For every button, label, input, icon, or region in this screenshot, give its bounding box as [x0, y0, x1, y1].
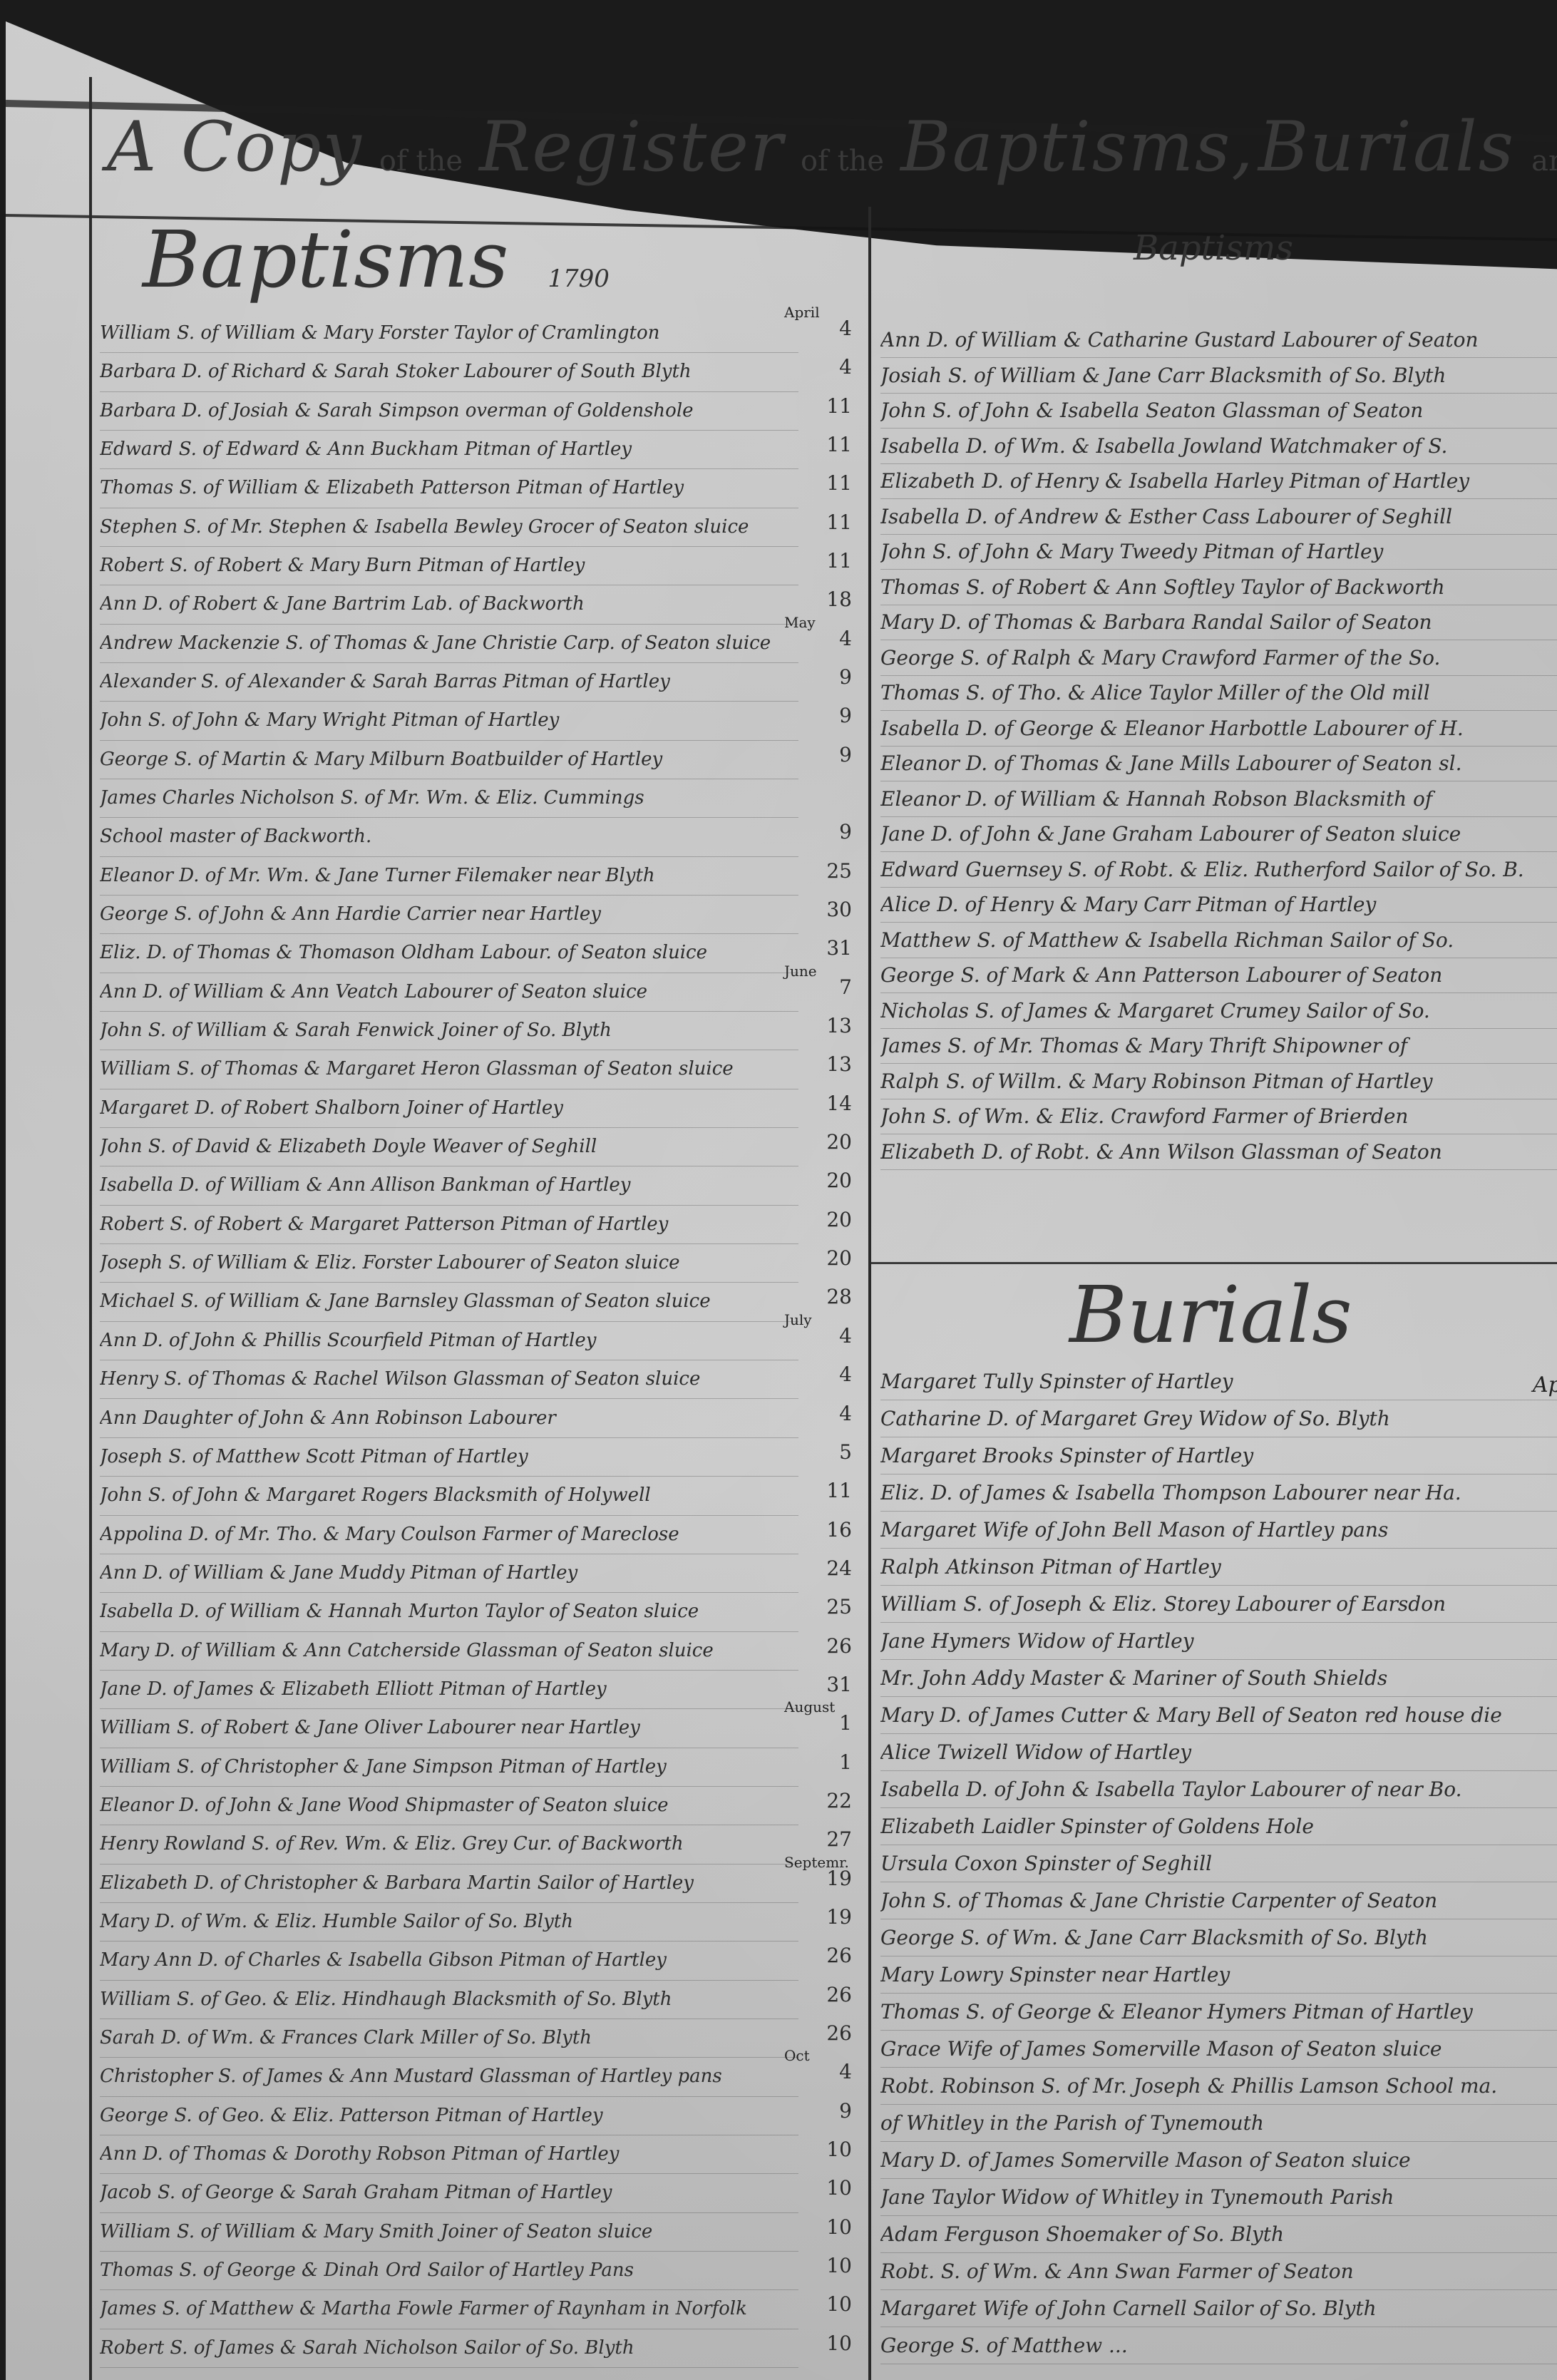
baptism-date: 11 — [802, 1479, 852, 1502]
baptism-entry: Ann D. of William & Catharine Gustard La… — [880, 322, 1557, 358]
baptism-entry: Nicholas S. of James & Margaret Crumey S… — [880, 993, 1557, 1029]
baptism-entry: Mary D. of Wm. & Eliz. Humble Sailor of … — [100, 1902, 798, 1942]
baptism-entry: George S. of Geo. & Eliz. Patterson Pitm… — [100, 2096, 798, 2135]
baptism-entry: Thomas S. of William & Elizabeth Patters… — [100, 468, 798, 508]
month-label: July — [784, 1311, 812, 1328]
baptism-entry: Isabella D. of Wm. & Isabella Jowland Wa… — [880, 429, 1557, 464]
baptism-date: 9 — [802, 704, 852, 727]
baptism-entry: Isabella D. of William & Ann Allison Ban… — [100, 1166, 798, 1205]
baptism-entry: Ann D. of William & Jane Muddy Pitman of… — [100, 1554, 798, 1593]
baptism-entry: Josiah S. of William & Jane Carr Blacksm… — [880, 358, 1557, 394]
baptism-date: 11 — [802, 433, 852, 456]
burial-entry: Isabella D. of John & Isabella Taylor La… — [880, 1771, 1557, 1808]
baptism-entry: George S. of Ralph & Mary Crawford Farme… — [880, 640, 1557, 676]
baptism-entry: John S. of John & Margaret Rogers Blacks… — [100, 1476, 798, 1515]
burial-entry: Ralph Atkinson Pitman of Hartley — [880, 1549, 1557, 1586]
baptism-date: 9 — [802, 2099, 852, 2123]
baptism-entry: Mary D. of William & Ann Catcherside Gla… — [100, 1631, 798, 1671]
right-baptisms-heading: Baptisms — [1134, 228, 1293, 268]
baptism-entry: Mary D. of Thomas & Barbara Randal Sailo… — [880, 605, 1557, 640]
baptism-date: 13 — [802, 1014, 852, 1037]
baptism-entry: Appolina D. of Mr. Tho. & Mary Coulson F… — [100, 1515, 798, 1554]
baptism-date: 9 — [802, 743, 852, 766]
baptism-date: 9 — [802, 820, 852, 843]
baptism-entry: Eleanor D. of William & Hannah Robson Bl… — [880, 781, 1557, 817]
baptism-date: 10 — [802, 2254, 852, 2277]
baptism-date: 20 — [802, 1130, 852, 1154]
burial-entry: of Whitley in the Parish of Tynemouth — [880, 2105, 1557, 2142]
baptism-entry: Stephen S. of Mr. Stephen & Isabella Bew… — [100, 508, 798, 547]
baptism-date: 20 — [802, 1208, 852, 1231]
burial-entry: Margaret Wife of John Bell Mason of Hart… — [880, 1512, 1557, 1549]
baptism-entry: William S. of Thomas & Margaret Heron Gl… — [100, 1050, 798, 1089]
baptism-entry: Jane D. of John & Jane Graham Labourer o… — [880, 816, 1557, 852]
baptism-date: 4 — [802, 1402, 852, 1425]
baptism-entry: William S. of Geo. & Eliz. Hindhaugh Bla… — [100, 1980, 798, 2019]
baptism-entry: Ann D. of John & Phillis Scourfield Pitm… — [100, 1321, 798, 1360]
baptism-entry: George S. of Martin & Mary Milburn Boatb… — [100, 740, 798, 779]
baptism-date: 13 — [802, 1052, 852, 1076]
baptism-entry: Elizabeth D. of Robt. & Ann Wilson Glass… — [880, 1134, 1557, 1170]
baptism-date: 24 — [802, 1556, 852, 1580]
baptism-entry: Mary Ann D. of Charles & Isabella Gibson… — [100, 1941, 798, 1980]
baptism-date: 25 — [802, 1595, 852, 1619]
burial-entry: John S. of Thomas & Jane Christie Carpen… — [880, 1882, 1557, 1919]
month-label: May — [784, 614, 816, 631]
baptism-date: 11 — [802, 471, 852, 495]
baptism-entry: John S. of David & Elizabeth Doyle Weave… — [100, 1127, 798, 1166]
month-label: August — [784, 1698, 835, 1715]
baptism-entry: Robert S. of James & Sarah Nicholson Sai… — [100, 2329, 798, 2368]
center-column-rule — [868, 207, 871, 2380]
left-margin-rule — [89, 77, 92, 2380]
title-burials: Burials — [1258, 107, 1515, 187]
baptism-entry: Thomas S. of Robert & Ann Softley Taylor… — [880, 570, 1557, 605]
title-register: Register — [479, 107, 784, 187]
baptism-entry: Henry S. of Thomas & Rachel Wilson Glass… — [100, 1360, 798, 1399]
baptism-date: 26 — [802, 1983, 852, 2006]
baptism-entry: Sarah D. of Wm. & Frances Clark Miller o… — [100, 2019, 798, 2058]
baptism-entry: Robert S. of Robert & Margaret Patterson… — [100, 1205, 798, 1244]
burial-entry: Jane Hymers Widow of Hartley — [880, 1623, 1557, 1660]
month-label: June — [784, 963, 817, 980]
baptism-date: 9 — [802, 665, 852, 689]
baptism-date: 19 — [802, 1905, 852, 1929]
baptism-entry: James Charles Nicholson S. of Mr. Wm. & … — [100, 779, 798, 818]
baptism-date: 22 — [802, 1789, 852, 1812]
baptism-entry: Ralph S. of Willm. & Mary Robinson Pitma… — [880, 1064, 1557, 1099]
baptism-entry: Joseph S. of William & Eliz. Forster Lab… — [100, 1243, 798, 1283]
baptism-date: 20 — [802, 1169, 852, 1192]
baptism-entry: John S. of John & Mary Tweedy Pitman of … — [880, 534, 1557, 570]
title-a-copy: A Copy — [107, 107, 363, 187]
baptism-date: 10 — [802, 2138, 852, 2161]
baptism-entry: Isabella D. of William & Hannah Murton T… — [100, 1592, 798, 1631]
burial-entry: Margaret Wife of John Carnell Sailor of … — [880, 2290, 1557, 2327]
baptism-entry: John S. of Wm. & Eliz. Crawford Farmer o… — [880, 1099, 1557, 1134]
baptism-entry: William S. of Robert & Jane Oliver Labou… — [100, 1708, 798, 1748]
baptism-entry: William S. of Christopher & Jane Simpson… — [100, 1748, 798, 1787]
burial-entry: Thomas S. of George & Eleanor Hymers Pit… — [880, 1994, 1557, 2031]
baptism-entry: Jane D. of James & Elizabeth Elliott Pit… — [100, 1670, 798, 1709]
baptism-entry: John S. of John & Mary Wright Pitman of … — [100, 701, 798, 740]
baptism-entry: Matthew S. of Matthew & Isabella Richman… — [880, 923, 1557, 958]
year-label: 1790 — [548, 265, 610, 293]
baptism-entry: Isabella D. of George & Eleanor Harbottl… — [880, 711, 1557, 747]
baptism-entry: Eleanor D. of John & Jane Wood Shipmaste… — [100, 1786, 798, 1825]
baptism-entry: Thomas S. of George & Dinah Ord Sailor o… — [100, 2251, 798, 2290]
baptism-date: 5 — [802, 1440, 852, 1464]
burial-entry: Jane Taylor Widow of Whitley in Tynemout… — [880, 2179, 1557, 2216]
baptism-date: 20 — [802, 1246, 852, 1270]
burial-entry: Mr. John Addy Master & Mariner of South … — [880, 1660, 1557, 1697]
burial-entry: Mary D. of James Cutter & Mary Bell of S… — [880, 1697, 1557, 1734]
baptism-entry: Alexander S. of Alexander & Sarah Barras… — [100, 662, 798, 702]
baptism-date: 26 — [802, 2021, 852, 2045]
burials-divider — [871, 1262, 1557, 1264]
burial-entry: Adam Ferguson Shoemaker of So. Blyth — [880, 2216, 1557, 2253]
burials-heading-text: Burials — [1069, 1269, 1352, 1360]
baptism-entry: Elizabeth D. of Christopher & Barbara Ma… — [100, 1864, 798, 1903]
baptism-entry: Margaret D. of Robert Shalborn Joiner of… — [100, 1089, 798, 1128]
baptism-entry: Michael S. of William & Jane Barnsley Gl… — [100, 1282, 798, 1321]
baptism-date: 28 — [802, 1285, 852, 1308]
right-baptism-list: Ann D. of William & Catharine Gustard La… — [880, 322, 1557, 1178]
baptism-date: 26 — [802, 1944, 852, 1967]
title-of-the-2: of the — [801, 145, 884, 178]
burial-entry: Robt. Robinson S. of Mr. Joseph & Philli… — [880, 2068, 1557, 2105]
baptism-entry: Barbara D. of Josiah & Sarah Simpson ove… — [100, 391, 798, 431]
baptism-date: 26 — [802, 1634, 852, 1658]
baptism-entry: James S. of Matthew & Martha Fowle Farme… — [100, 2289, 798, 2329]
month-label: Septemr. — [784, 1854, 849, 1871]
baptism-entry: Alice D. of Henry & Mary Carr Pitman of … — [880, 887, 1557, 923]
baptism-date: 31 — [802, 936, 852, 960]
burial-entry: Grace Wife of James Somerville Mason of … — [880, 2031, 1557, 2068]
burial-entry: Catharine D. of Margaret Grey Widow of S… — [880, 1400, 1557, 1437]
baptism-date: 27 — [802, 1827, 852, 1851]
baptism-entry: William S. of William & Mary Forster Tay… — [100, 314, 798, 353]
baptism-entry: John S. of John & Isabella Seaton Glassm… — [880, 393, 1557, 429]
burial-entry: Margaret Tully Spinster of Hartley — [880, 1363, 1557, 1400]
burial-entry: Mary D. of James Somerville Mason of Sea… — [880, 2142, 1557, 2179]
baptism-date: 4 — [802, 355, 852, 379]
burial-entry: Margaret Brooks Spinster of Hartley — [880, 1437, 1557, 1474]
burial-entry: Ursula Coxon Spinster of Seghill — [880, 1845, 1557, 1882]
baptism-date: 18 — [802, 588, 852, 611]
left-baptism-list: William S. of William & Mary Forster Tay… — [100, 314, 866, 2380]
baptism-entry: John S. of William & Sarah Fenwick Joine… — [100, 1011, 798, 1050]
burial-entry: Robt. S. of Wm. & Ann Swan Farmer of Sea… — [880, 2253, 1557, 2290]
baptism-entry: Ann D. of William & Ann Veatch Labourer … — [100, 973, 798, 1012]
baptism-entry: Henry Rowland S. of Rev. Wm. & Eliz. Gre… — [100, 1825, 798, 1864]
burial-entry: Elizabeth Laidler Spinster of Goldens Ho… — [880, 1808, 1557, 1845]
burial-entry: Eliz. D. of James & Isabella Thompson La… — [880, 1474, 1557, 1512]
baptism-date: 1 — [802, 1750, 852, 1774]
title-baptisms: Baptisms, — [900, 107, 1255, 187]
baptism-date: 4 — [802, 1363, 852, 1386]
baptism-entry: William S. of William & Mary Smith Joine… — [100, 2212, 798, 2252]
baptism-entry: Edward S. of Edward & Ann Buckham Pitman… — [100, 430, 798, 469]
burial-list: Margaret Tully Spinster of HartleyCathar… — [880, 1363, 1557, 2380]
baptism-entry: Jacob S. of George & Sarah Graham Pitman… — [100, 2173, 798, 2212]
burial-entry: George S. of Wm. & Jane Carr Blacksmith … — [880, 1919, 1557, 1956]
baptism-date: 11 — [802, 394, 852, 418]
baptism-entry: Isabella D. of Andrew & Esther Cass Labo… — [880, 499, 1557, 535]
month-label: April — [784, 304, 820, 321]
baptism-entry: Eleanor D. of Thomas & Jane Mills Labour… — [880, 746, 1557, 781]
baptism-date: 10 — [802, 2332, 852, 2355]
baptism-date: 14 — [802, 1092, 852, 1115]
baptism-date: 31 — [802, 1673, 852, 1696]
burial-entry: George S. of Matthew ... — [880, 2327, 1557, 2364]
month-label: Oct — [784, 2047, 810, 2064]
baptism-entry: Ann D. of Robert & Jane Bartrim Lab. of … — [100, 585, 798, 624]
baptism-entry: School master of Backworth. — [100, 817, 798, 856]
left-baptisms-heading: Baptisms 1790 — [143, 214, 610, 305]
baptism-entry: Elizabeth D. of Henry & Isabella Harley … — [880, 463, 1557, 499]
page-title: A Copy of the Register of the Baptisms, … — [107, 107, 1557, 187]
baptism-entry: Robert S. of Robert & Mary Burn Pitman o… — [100, 546, 798, 585]
left-heading-text: Baptisms — [143, 214, 508, 305]
baptism-date: 11 — [802, 511, 852, 534]
baptism-date: 10 — [802, 2176, 852, 2200]
baptism-entry: Ann D. of Thomas & Dorothy Robson Pitman… — [100, 2135, 798, 2174]
baptism-date: 16 — [802, 1518, 852, 1542]
burial-entry: Alice Twizell Widow of Hartley — [880, 1734, 1557, 1771]
baptism-entry: Andrew Mackenzie S. of Thomas & Jane Chr… — [100, 624, 798, 663]
burials-heading: Burials — [1069, 1269, 1352, 1360]
baptism-date: 10 — [802, 2292, 852, 2316]
baptism-date: 10 — [802, 2215, 852, 2239]
baptism-entry: Christopher S. of James & Ann Mustard Gl… — [100, 2057, 798, 2096]
baptism-entry: George S. of John & Ann Hardie Carrier n… — [100, 895, 798, 934]
baptism-entry: Edward Guernsey S. of Robt. & Eliz. Ruth… — [880, 852, 1557, 888]
baptism-entry: Thomas S. of Tho. & Alice Taylor Miller … — [880, 675, 1557, 711]
baptism-entry: George S. of Mark & Ann Patterson Labour… — [880, 958, 1557, 993]
baptism-date: 11 — [802, 549, 852, 573]
baptism-entry: Joseph S. of Matthew Scott Pitman of Har… — [100, 1437, 798, 1477]
baptism-date: 25 — [802, 859, 852, 883]
burial-entry: Mary Lowry Spinster near Hartley — [880, 1956, 1557, 1994]
baptism-entry: Eleanor D. of Mr. Wm. & Jane Turner File… — [100, 856, 798, 896]
baptism-entry: Barbara D. of Richard & Sarah Stoker Lab… — [100, 352, 798, 391]
baptism-entry: Eliz. D. of Thomas & Thomason Oldham Lab… — [100, 933, 798, 973]
title-and: and — [1531, 145, 1557, 178]
title-of-the-1: of the — [379, 145, 463, 178]
baptism-entry: Ann Daughter of John & Ann Robinson Labo… — [100, 1399, 798, 1438]
baptism-date: 30 — [802, 898, 852, 921]
burial-entry: William S. of Joseph & Eliz. Storey Labo… — [880, 1586, 1557, 1623]
baptism-entry: James S. of Mr. Thomas & Mary Thrift Shi… — [880, 1028, 1557, 1064]
right-heading-text: Baptisms — [1134, 228, 1293, 268]
